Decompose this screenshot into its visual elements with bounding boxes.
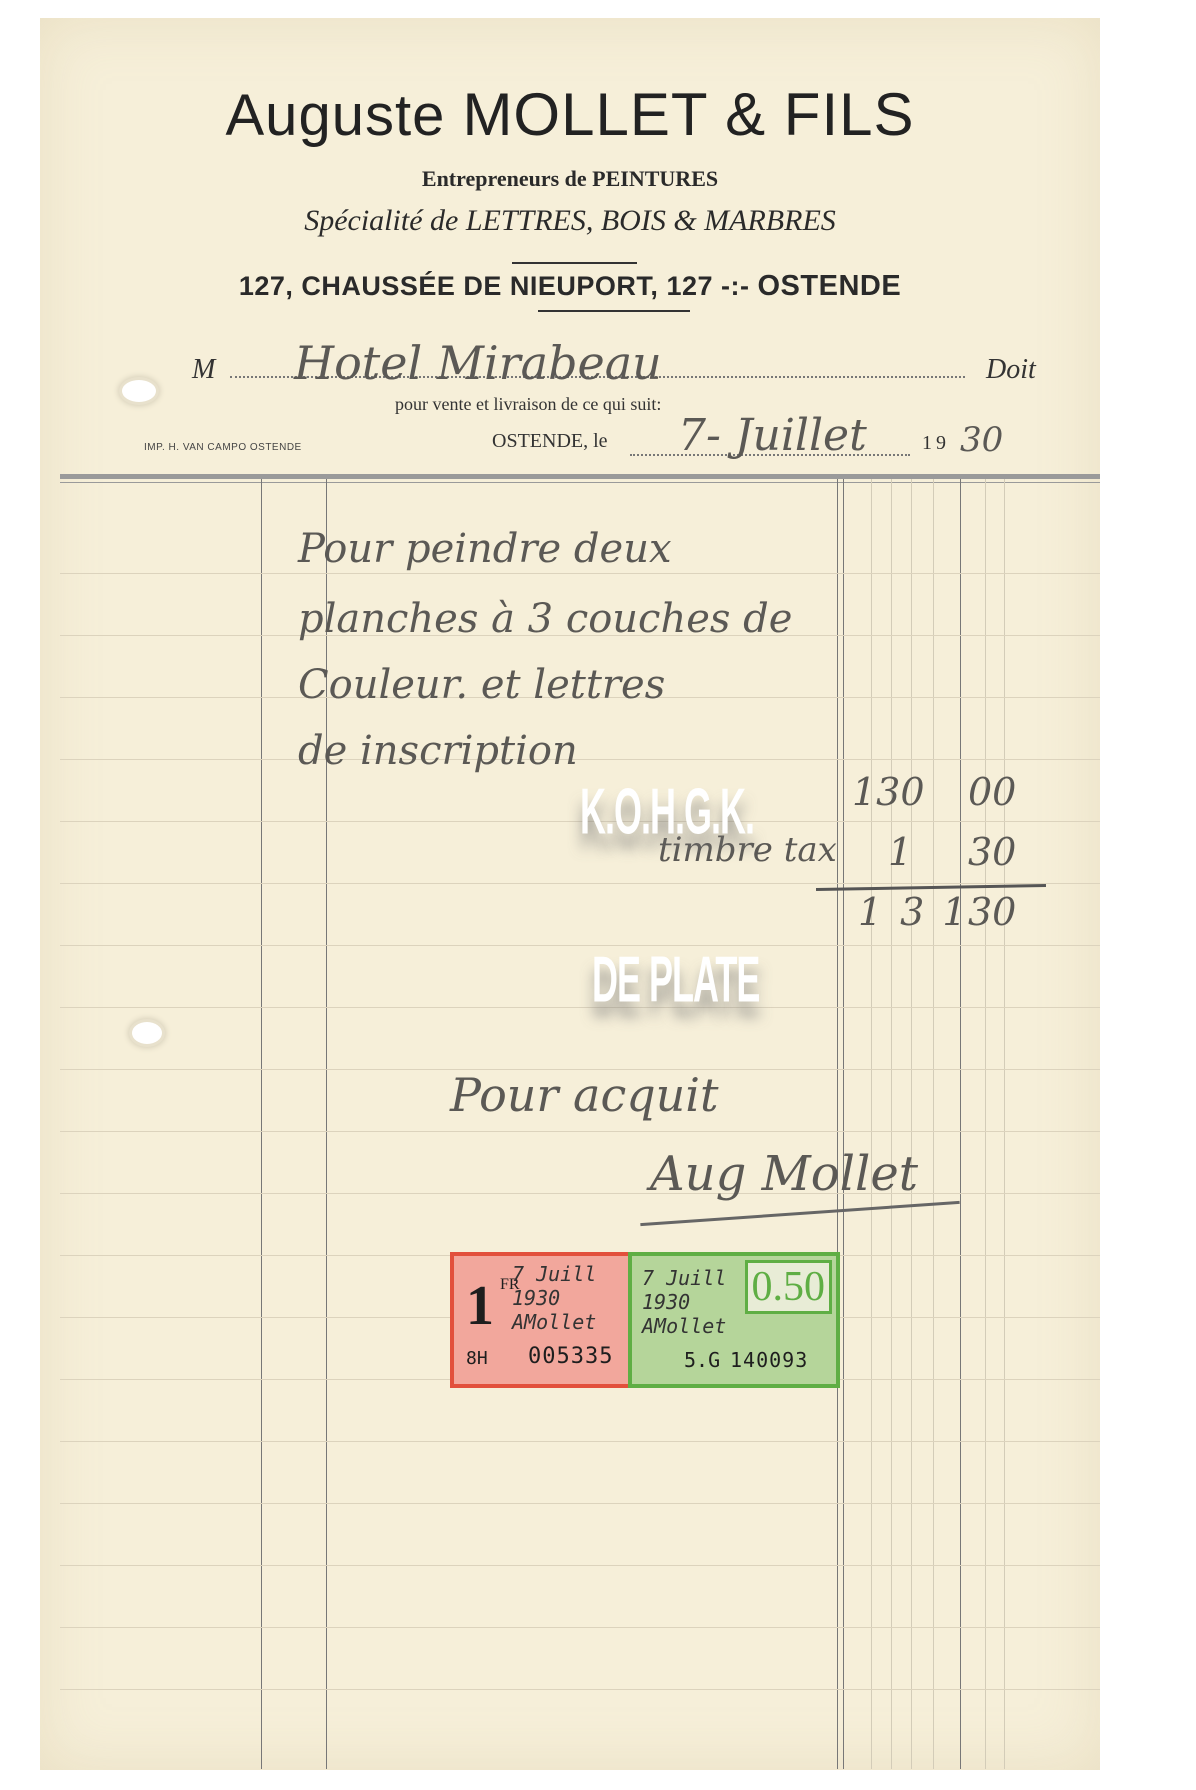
column-rule-light	[871, 479, 872, 1769]
street: 127, CHAUSSÉE DE NIEUPORT, 127 -:-	[239, 271, 750, 301]
city: OSTENDE	[757, 270, 901, 302]
company-subtitle: Entrepreneurs de PEINTURES	[40, 166, 1100, 192]
item-line: Pour peindre deux	[298, 514, 672, 584]
company: MOLLET & FILS	[462, 81, 914, 148]
date-day-month: 7- Juillet	[678, 410, 867, 461]
first-name: Auguste	[226, 83, 446, 148]
row-rule	[60, 1565, 1100, 1566]
row-rule	[60, 1131, 1100, 1132]
watermark-line1: K.O.H.G.K.	[580, 774, 754, 850]
subtotal-cents: 00	[968, 770, 1016, 814]
address-underline	[538, 310, 690, 312]
column-rule	[960, 479, 961, 1769]
company-specialty: Spécialité de LETTRES, BOIS & MARBRES	[40, 204, 1100, 238]
fiscal-stamp-1fr: 1 FR 8H 005335 7 Juill 1930 AMollet	[450, 1252, 634, 1388]
column-rule	[837, 479, 838, 1769]
row-rule	[60, 759, 1100, 760]
column-rule-light	[985, 479, 986, 1769]
stamp-value: 0.50	[745, 1260, 833, 1314]
stamp-number: 005335	[528, 1344, 613, 1369]
column-rule	[843, 479, 844, 1769]
row-rule	[60, 1503, 1100, 1504]
subtotal-francs: 130	[852, 770, 925, 814]
total-francs: 131	[858, 890, 985, 934]
column-rule-light	[933, 479, 934, 1769]
printer-imprint: IMP. H. VAN CAMPO OSTENDE	[144, 442, 302, 453]
row-rule	[60, 1193, 1100, 1194]
stamp-tax-francs: 1	[888, 830, 912, 874]
item-line: Couleur. et lettres	[298, 650, 665, 720]
punch-hole	[122, 380, 156, 402]
acquit-text: Pour acquit	[450, 1068, 718, 1122]
recipient-prefix: M	[192, 354, 215, 386]
doit-label: Doit	[986, 354, 1036, 386]
stamp-tax-cents: 30	[968, 830, 1016, 874]
company-address: 127, CHAUSSÉE DE NIEUPORT, 127 -:- OSTEN…	[40, 270, 1100, 303]
column-rule-light	[1004, 479, 1005, 1769]
row-rule	[60, 883, 1100, 884]
total-cents: 30	[968, 890, 1016, 934]
stamp-number: 140093	[730, 1348, 808, 1372]
row-rule	[60, 1007, 1100, 1008]
year-printed: 19	[922, 432, 950, 455]
date-place-label: OSTENDE, le	[492, 430, 608, 453]
column-rule-light	[891, 479, 892, 1769]
stamp-cancellation: 7 Juill 1930 AMollet	[512, 1262, 622, 1334]
signature: Aug Mollet	[650, 1146, 918, 1202]
stamp-cancellation: 7 Juill 1930 AMollet	[642, 1266, 742, 1338]
stamp-series: 5.G	[684, 1348, 720, 1372]
row-rule	[60, 1689, 1100, 1690]
table-header-rule-thin	[60, 482, 1100, 483]
invoice-paper: Auguste MOLLET & FILS Entrepreneurs de P…	[40, 18, 1100, 1770]
item-line: de inscription	[298, 716, 578, 786]
stamp-value: 1	[466, 1274, 494, 1338]
table-header-rule	[60, 474, 1100, 479]
column-rule-light	[911, 479, 912, 1769]
row-rule	[60, 1441, 1100, 1442]
stamp-series: 8H	[466, 1348, 488, 1369]
recipient-name: Hotel Mirabeau	[294, 336, 662, 390]
divider	[512, 262, 637, 264]
fiscal-stamp-050: 0.50 5.G 140093 7 Juill 1930 AMollet	[628, 1252, 840, 1388]
watermark-line2: DE PLATE	[592, 942, 759, 1018]
row-rule	[60, 1627, 1100, 1628]
column-rule	[261, 479, 262, 1769]
row-rule	[60, 945, 1100, 946]
company-name: Auguste MOLLET & FILS	[40, 80, 1100, 149]
intro-text: pour vente et livraison de ce qui suit:	[395, 394, 661, 415]
punch-hole	[132, 1022, 162, 1044]
item-line: planches à 3 couches de	[298, 584, 792, 654]
year-handwritten: 30	[960, 420, 1003, 460]
